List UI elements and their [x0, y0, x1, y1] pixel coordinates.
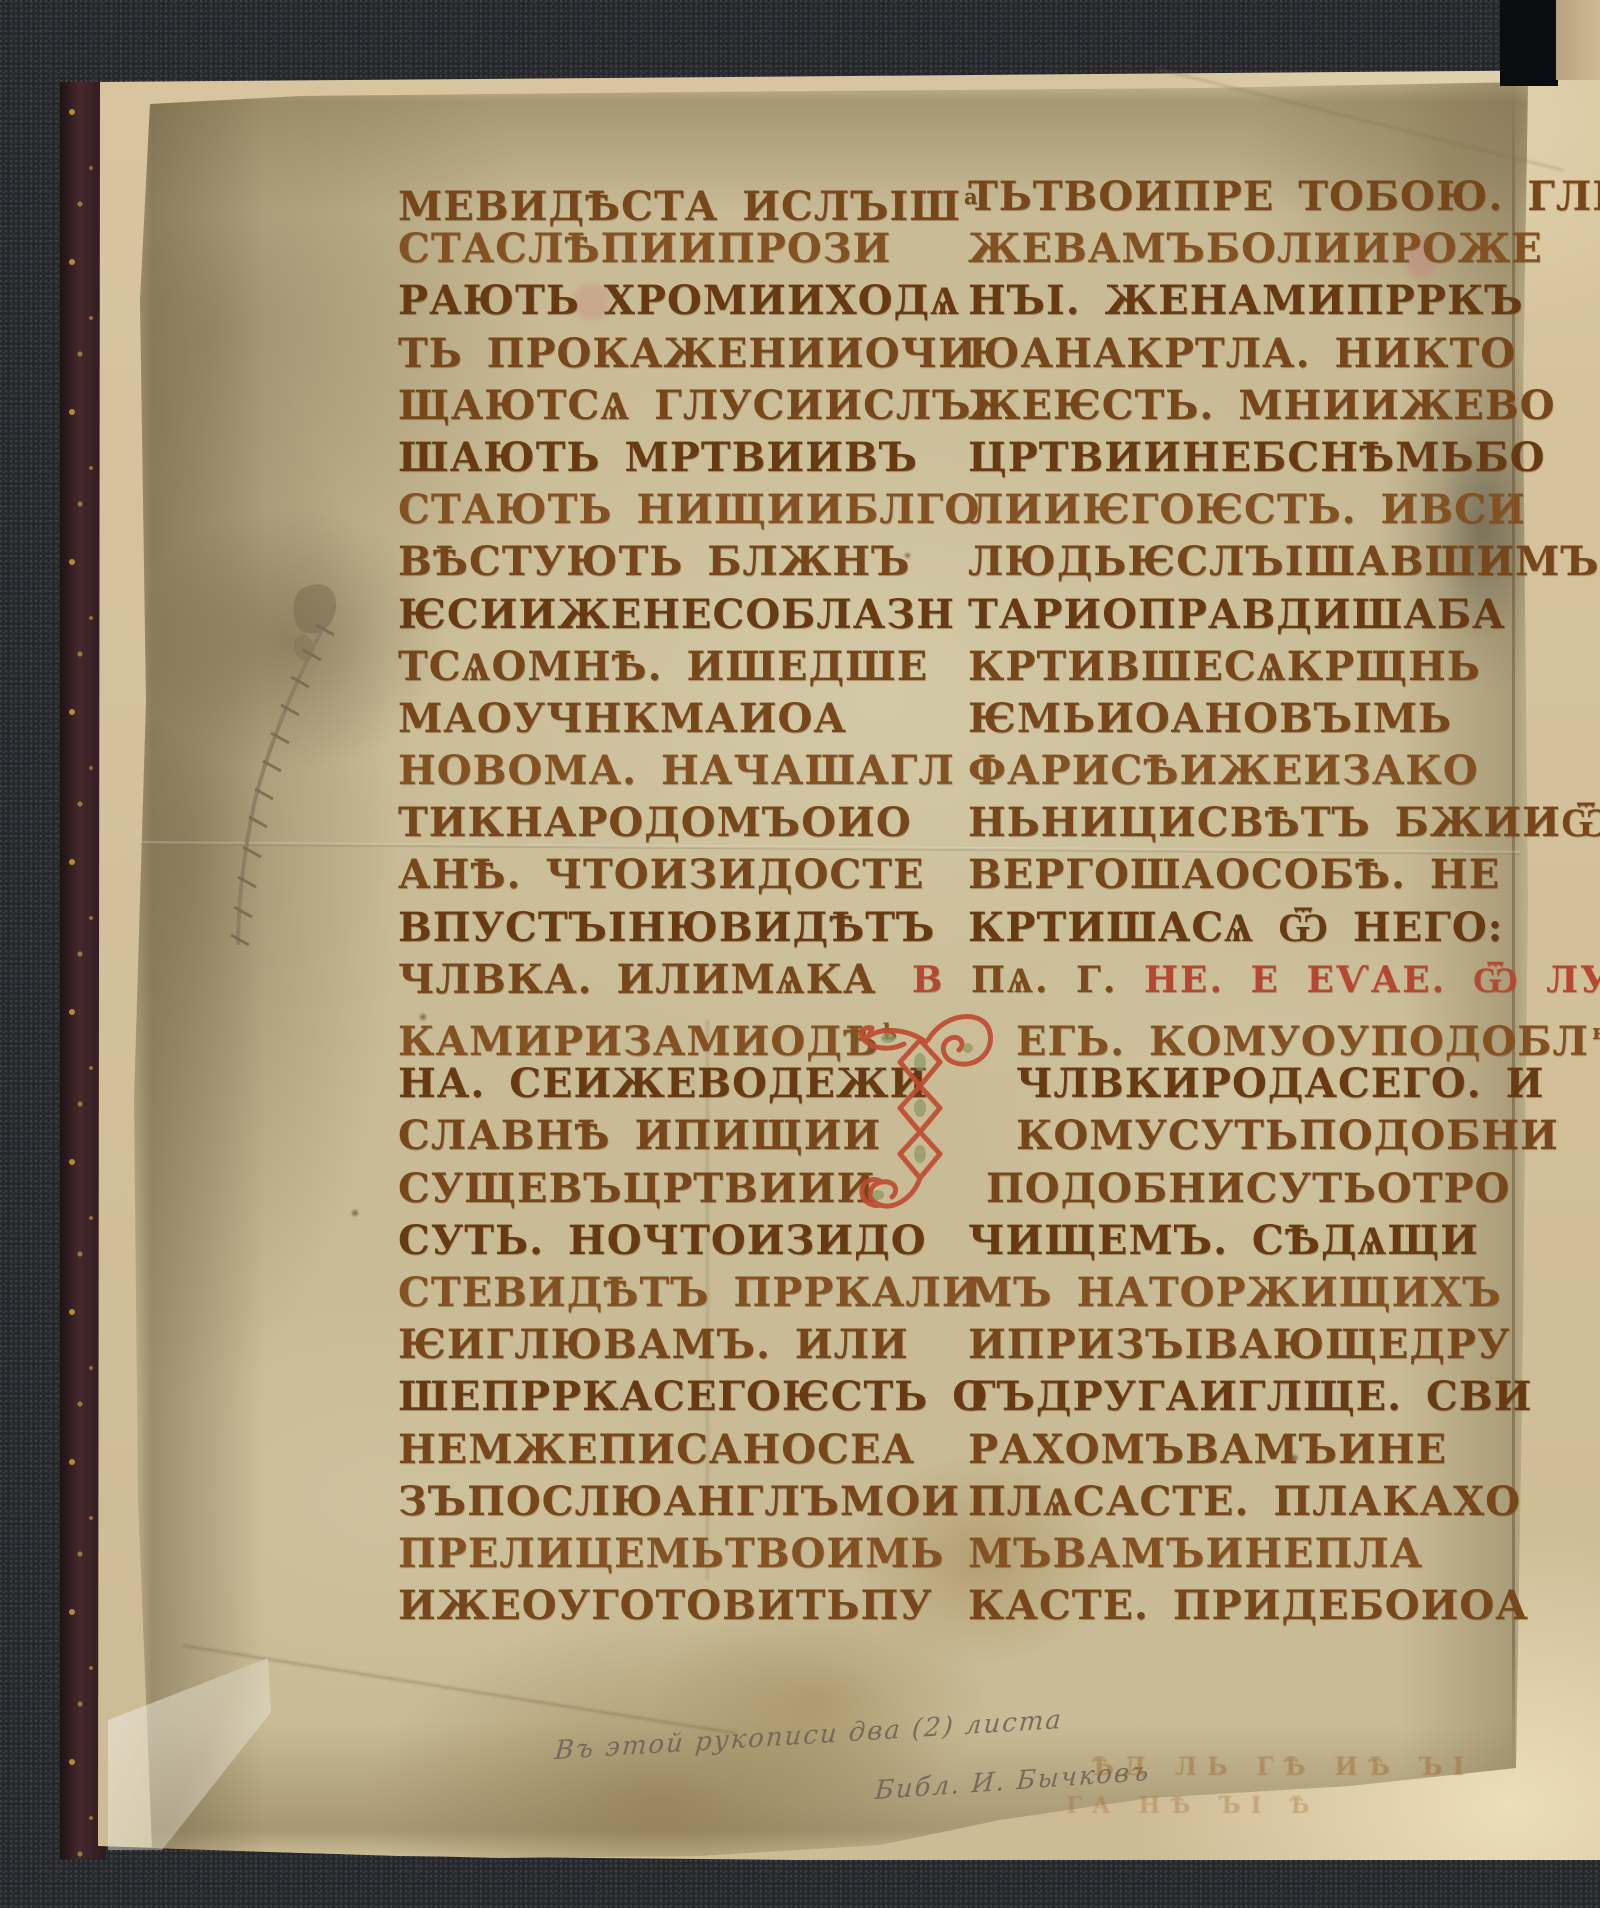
text-line: ТЬ ПРОКАЖЕНИИОЧИ [398, 328, 910, 380]
text-line: ПОДОБНИСУТЬОТРО [986, 1163, 1528, 1215]
text-line: ТСѦОМНѢ. ИШЕДШЕ [398, 641, 910, 693]
background-corner-object [1556, 0, 1600, 80]
ghost-offset-text: ѢД ЛЬ ГѢ ИѢ ЪІ [1092, 1752, 1474, 1781]
text-line: МЪ НАТОРЖИЩИХЪ [968, 1267, 1528, 1319]
stitched-repair [200, 560, 380, 980]
text-line: АНѢ. ЧТОИЗИДОСТЕ [398, 849, 910, 901]
black-clip-object [1500, 0, 1558, 86]
rubric-red-initial: В [912, 959, 944, 1001]
text-line: ТАРИОПРАВДИШАБА [968, 589, 1528, 641]
text-line: ѤСИИЖЕНЕСОБЛАЗН [398, 589, 910, 641]
text-line: НЪІ. ЖЕНАМИПРРКЪ [968, 275, 1528, 327]
text-line: СУТЬ. НОЧТОИЗИДО [398, 1215, 910, 1267]
text-line: КОМУСУТЬПОДОБНИ [1016, 1110, 1528, 1162]
ink-spot [352, 1210, 358, 1216]
text-line: ПЛѦСАСТЕ. ПЛАКАХО [968, 1476, 1528, 1528]
text-line: ЛИИѤГОѤСТЬ. ИВСИ [968, 484, 1528, 536]
text-line: ВПУСТЪІНЮВИДѢТЪ [398, 902, 910, 954]
text-line: НОВОМА. НАЧАШАГЛ [398, 745, 910, 797]
text-line: ГЪДРУГАИГЛЩЕ. СВИ [968, 1371, 1528, 1423]
text-line: КРТИШАСѦ Ѿ НЕГО: [968, 902, 1528, 954]
manuscript-photo: МЕВИДѢСТА ИСЛЪІШа СТАСЛѢПИИПРОЗИ РАЮТЬ Х… [0, 0, 1600, 1908]
rubric-line: В ПѦ. Г. НЕ. Е ЕѴАЕ. Ѿ ЛУ [912, 954, 1528, 1006]
text-line: ФАРИСѢИЖЕИЗАКО [968, 745, 1528, 797]
text-line: КАМИРИЗАМИОДѢѣ [398, 1006, 910, 1058]
text-line: ЦРТВИИНЕБСНѢМЬБО [968, 432, 1528, 484]
rubric-red-text: НЕ. Е ЕѴАЕ. Ѿ ЛУ [1144, 959, 1600, 1001]
text-line: СЛАВНѢ ИПИЩИИ [398, 1110, 910, 1162]
text-line: НЬНИЦИСВѢТЪ БЖИИѾ [968, 797, 1528, 849]
text-line: МЪВАМЪИНЕПЛА [968, 1528, 1528, 1580]
text-line: ПРЕЛИЦЕМЬТВОИМЬ [398, 1528, 910, 1580]
text-line: ЗЪПОСЛЮАНГЛЪМОИ [398, 1476, 910, 1528]
text-line: МЕВИДѢСТА ИСЛЪІШа [398, 171, 910, 223]
text-line: МАОУЧНКМАИОА [398, 693, 910, 745]
text-line: ИЖЕОУГОТОВИТЬПУ [398, 1580, 910, 1632]
text-column-right: ТЬТВОИПРЕ ТОБОЮ. ГЛЮ ЖЕВАМЪБОЛИИРОЖЕ НЪІ… [968, 171, 1528, 1632]
text-column-left: МЕВИДѢСТА ИСЛЪІШа СТАСЛѢПИИПРОЗИ РАЮТЬ Х… [398, 171, 910, 1632]
text-line: ШАЮТЬ МРТВИИВЪ [398, 432, 910, 484]
text-line: КРТИВШЕСѦКРЩНЬ [968, 641, 1528, 693]
superscript-letter: ю [1592, 1019, 1600, 1044]
text-line: СУЩЕВЪЦРТВИИИ [398, 1163, 910, 1215]
rubric-brown-text: ПѦ. Г. [971, 959, 1117, 1001]
text-line: ЧЛВКА. ИЛИМѦКА [398, 954, 910, 1006]
text-line: РАЮТЬ ХРОМИИХОДѦ [398, 275, 910, 327]
text-line: ЕГЬ. КОМУОУПОДОБЛю [1016, 1006, 1528, 1058]
text-line: ѤИГЛЮВАМЪ. ИЛИ [398, 1319, 910, 1371]
text-line: ѤМЬИОАНОВЪІМЬ [968, 693, 1528, 745]
text-line: СТЕВИДѢТЪ ПРРКАЛИ [398, 1267, 910, 1319]
text-line: ЖЕѤСТЬ. МНИИЖЕВО [968, 380, 1528, 432]
text-line: КАСТЕ. ПРИДЕБОИОА [968, 1580, 1528, 1632]
ghost-offset-text: ГА НѢ ЪІ Ѣ [1066, 1792, 1320, 1819]
text-line: ЖЕВАМЪБОЛИИРОЖЕ [968, 223, 1528, 275]
text-line: ИПРИЗЪІВАЮЩЕДРУ [968, 1319, 1528, 1371]
text-line: ЩАЮТСѦ ГЛУСИИСЛЪІ [398, 380, 910, 432]
text-line: ВѢСТУЮТЬ БЛЖНЪ [398, 536, 910, 588]
text-line: ТИКНАРОДОМЪОИО [398, 797, 910, 849]
text-line: СТАЮТЬ НИЩИИБЛГО [398, 484, 910, 536]
text-line: ЛЮДЬѤСЛЪІШАВШИМЪІ [968, 536, 1528, 588]
text-line: НА. СЕИЖЕВОДЕЖИ [398, 1058, 910, 1110]
text-line: НЕМЖЕПИСАНОСЕА [398, 1424, 910, 1476]
text-line: ЮАНАКРТЛА. НИКТО [968, 328, 1528, 380]
text-line: РАХОМЪВАМЪИНЕ [968, 1424, 1528, 1476]
text-line: ТЬТВОИПРЕ ТОБОЮ. ГЛЮ [968, 171, 1528, 223]
text-line: ЧИЩЕМЪ. СѢДѦЩИ [968, 1215, 1528, 1267]
text-line: ЧЛВКИРОДАСЕГО. И [1016, 1058, 1528, 1110]
text-line: ШЕПРРКАСЕГОѤСТЬ О [398, 1371, 910, 1423]
ornamental-initial [848, 1000, 1000, 1218]
text-line: СТАСЛѢПИИПРОЗИ [398, 223, 910, 275]
text-line: ВЕРГОШАОСОБѢ. НЕ [968, 849, 1528, 901]
